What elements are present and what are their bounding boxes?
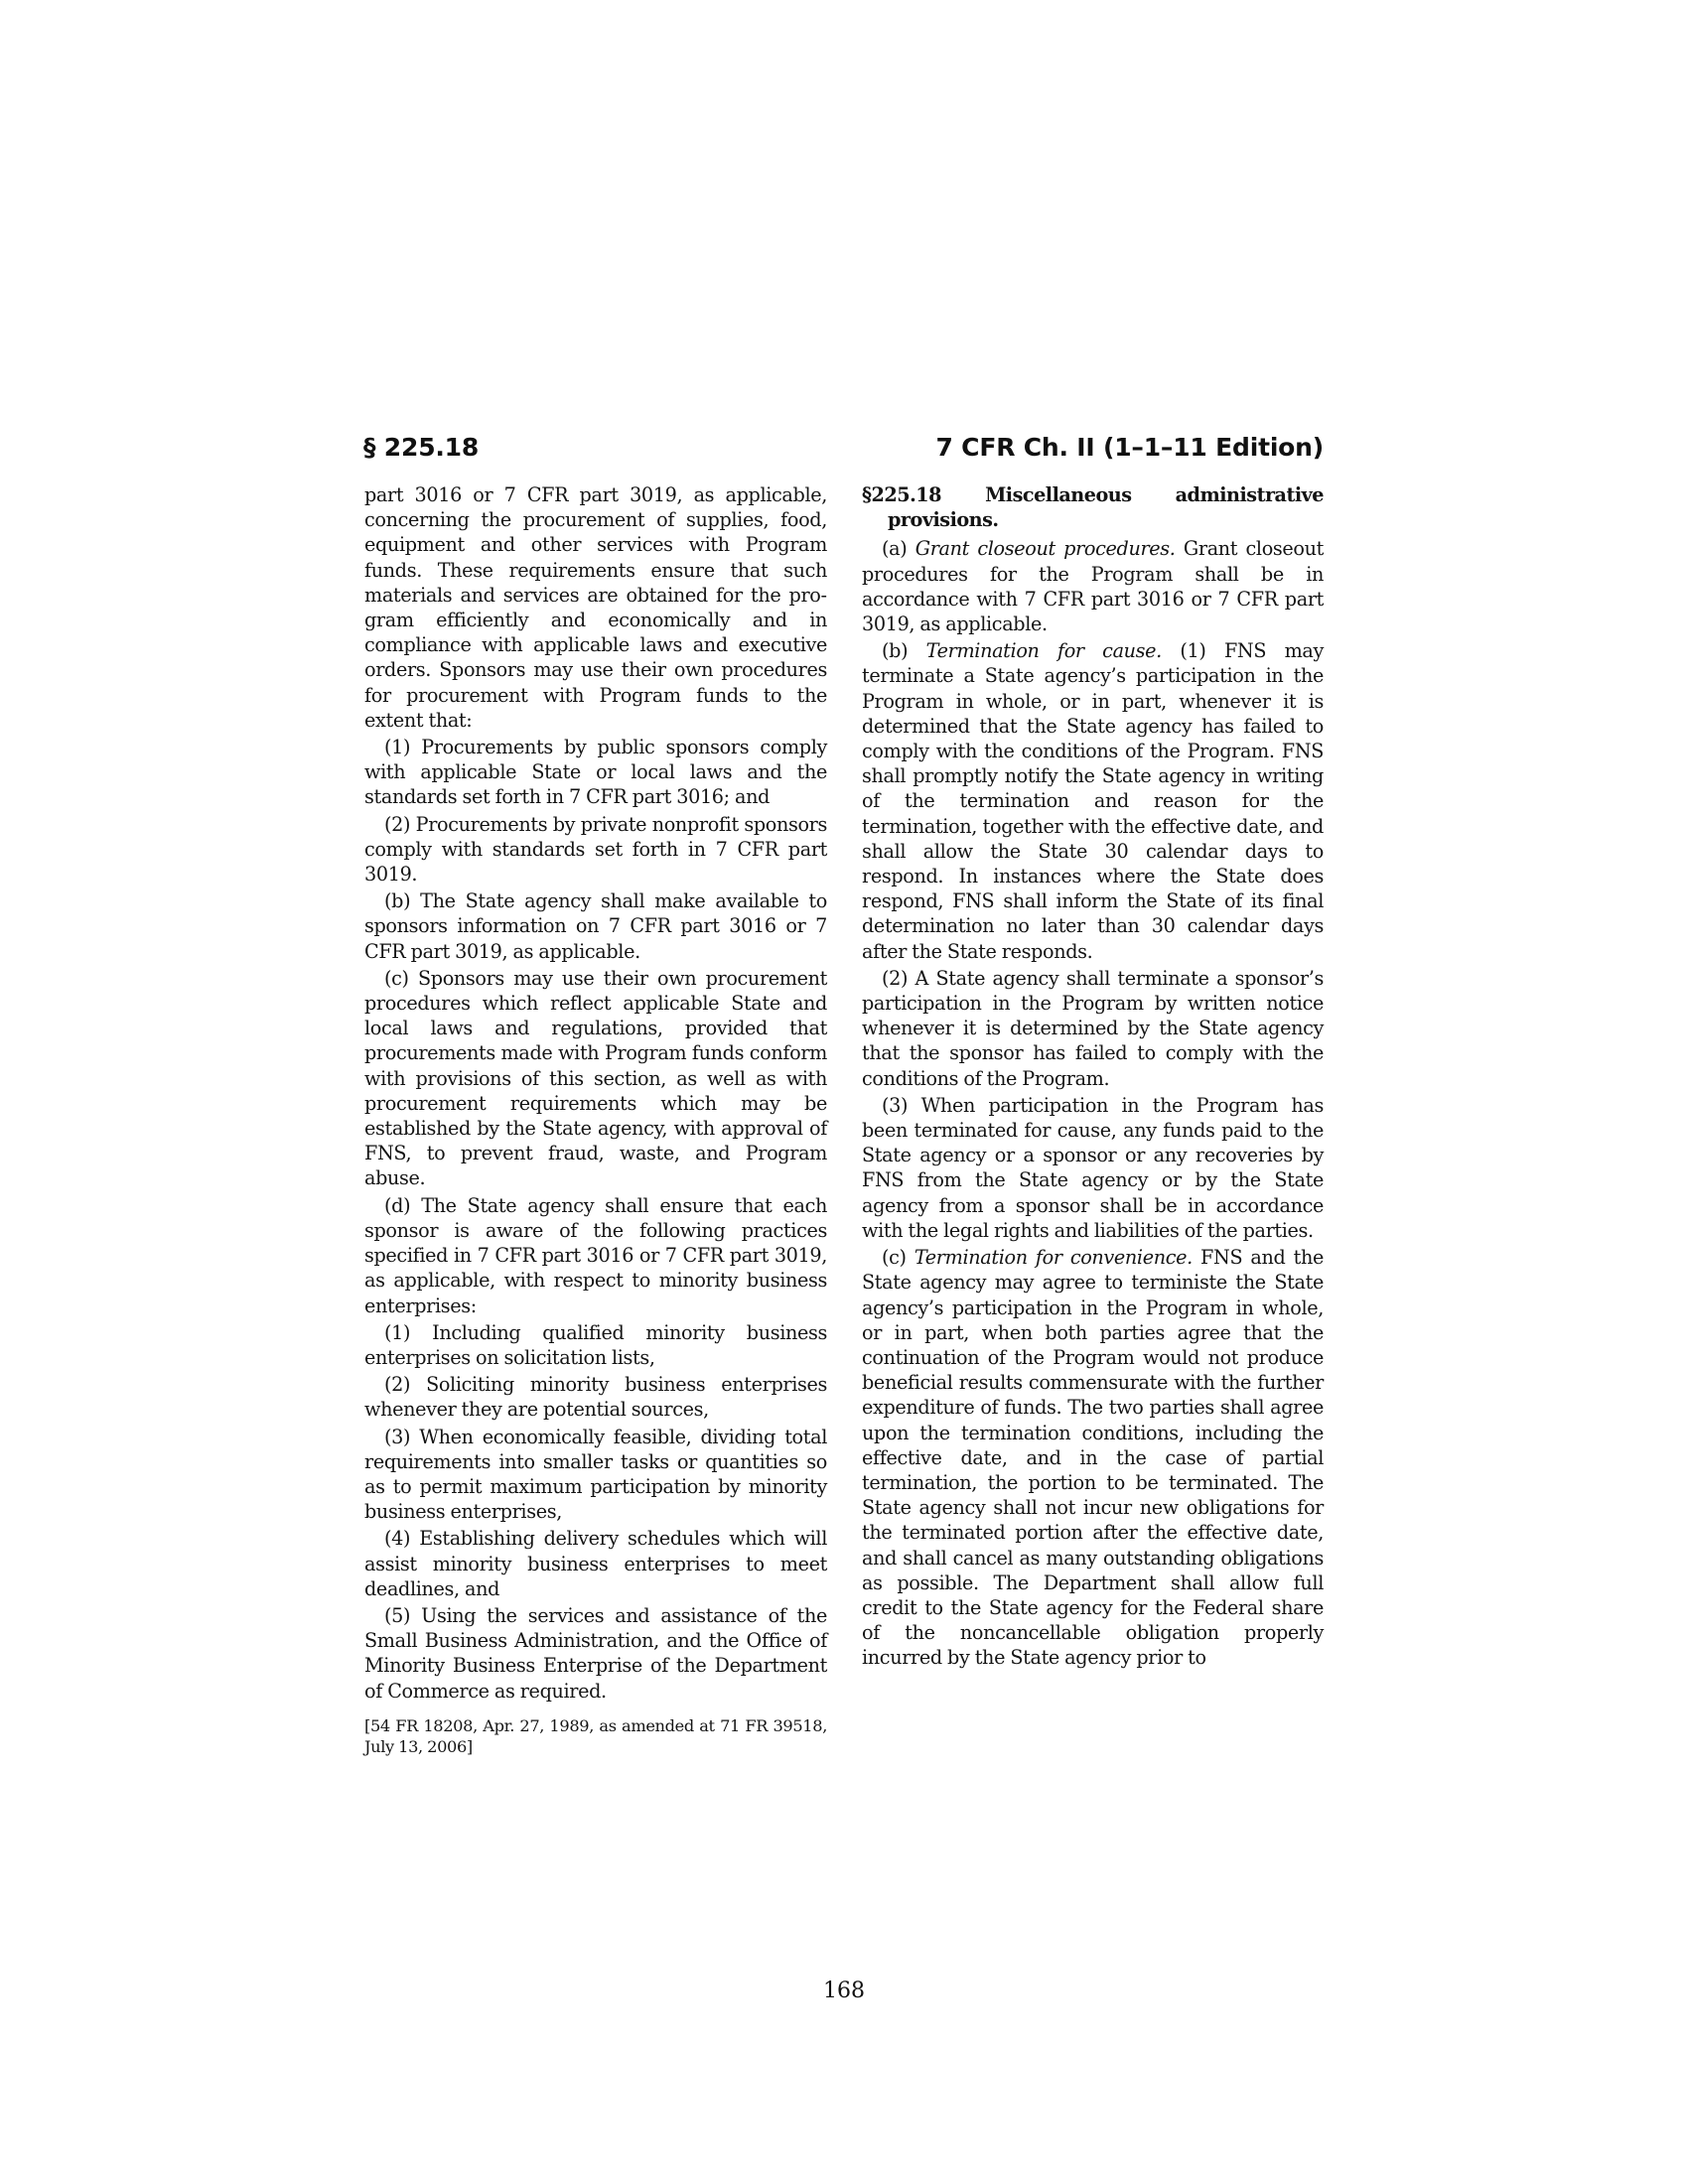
document-page: § 225.18 7 CFR Ch. II (1–1–11 Edition) p… bbox=[0, 0, 1688, 2184]
running-head-edition: 7 CFR Ch. II (1–1–11 Edition) bbox=[935, 433, 1324, 463]
paragraph-a2: (2) Procurements by private non­profit s… bbox=[364, 812, 827, 887]
paragraph-d2: (2) Soliciting minority business en­terp… bbox=[364, 1372, 827, 1422]
paragraph-d4: (4) Establishing delivery schedules whic… bbox=[364, 1526, 827, 1601]
source-citation: [54 FR 18208, Apr. 27, 1989, as amended … bbox=[364, 1715, 827, 1757]
paragraph-body: FNS and the State agency may agree to te… bbox=[862, 1246, 1324, 1669]
paragraph-termination-for-convenience: (c) Termination for convenience. FNS and… bbox=[862, 1245, 1324, 1670]
section-heading: §225.18 Miscellaneous administrative pro… bbox=[862, 482, 1324, 532]
paragraph-label: (c) bbox=[882, 1246, 914, 1269]
paragraph-d1: (1) Including qualified minority busi­ne… bbox=[364, 1320, 827, 1370]
paragraph-body: (1) FNS may terminate a State agency’s p… bbox=[862, 639, 1324, 962]
section-symbol: § bbox=[862, 483, 872, 506]
paragraph-title-italic: Grant closeout procedures. bbox=[915, 537, 1176, 560]
paragraph-b3: (3) When participation in the Pro­gram h… bbox=[862, 1093, 1324, 1243]
paragraph-grant-closeout: (a) Grant closeout procedures. Grant clo… bbox=[862, 536, 1324, 636]
right-column: §225.18 Miscellaneous administrative pro… bbox=[862, 482, 1324, 1673]
paragraph-title-italic: Termination for cause. bbox=[926, 639, 1162, 662]
paragraph-label: (b) bbox=[882, 639, 926, 662]
page-number: 168 bbox=[0, 1978, 1688, 2005]
running-head-section: § 225.18 bbox=[363, 433, 479, 463]
paragraph-label: (a) bbox=[882, 537, 915, 560]
left-column: part 3016 or 7 CFR part 3019, as applica… bbox=[364, 482, 827, 1759]
paragraph-termination-for-cause: (b) Termination for cause. (1) FNS may t… bbox=[862, 638, 1324, 964]
paragraph-b: (b) The State agency shall make availabl… bbox=[364, 888, 827, 964]
paragraph-a1: (1) Procurements by public sponsors comp… bbox=[364, 735, 827, 810]
paragraph-intro-continuation: part 3016 or 7 CFR part 3019, as applica… bbox=[364, 482, 827, 733]
paragraph-d3: (3) When economically feasible, divid­in… bbox=[364, 1425, 827, 1525]
paragraph-b2: (2) A State agency shall terminate a spo… bbox=[862, 966, 1324, 1091]
paragraph-c: (c) Sponsors may use their own pro­curem… bbox=[364, 966, 827, 1191]
paragraph-d5: (5) Using the services and assistance of… bbox=[364, 1603, 827, 1704]
paragraph-d: (d) The State agency shall ensure that e… bbox=[364, 1193, 827, 1318]
paragraph-title-italic: Termination for convenience. bbox=[914, 1246, 1193, 1269]
section-heading-text: 225.18 Miscellaneous administrative prov… bbox=[872, 483, 1324, 531]
